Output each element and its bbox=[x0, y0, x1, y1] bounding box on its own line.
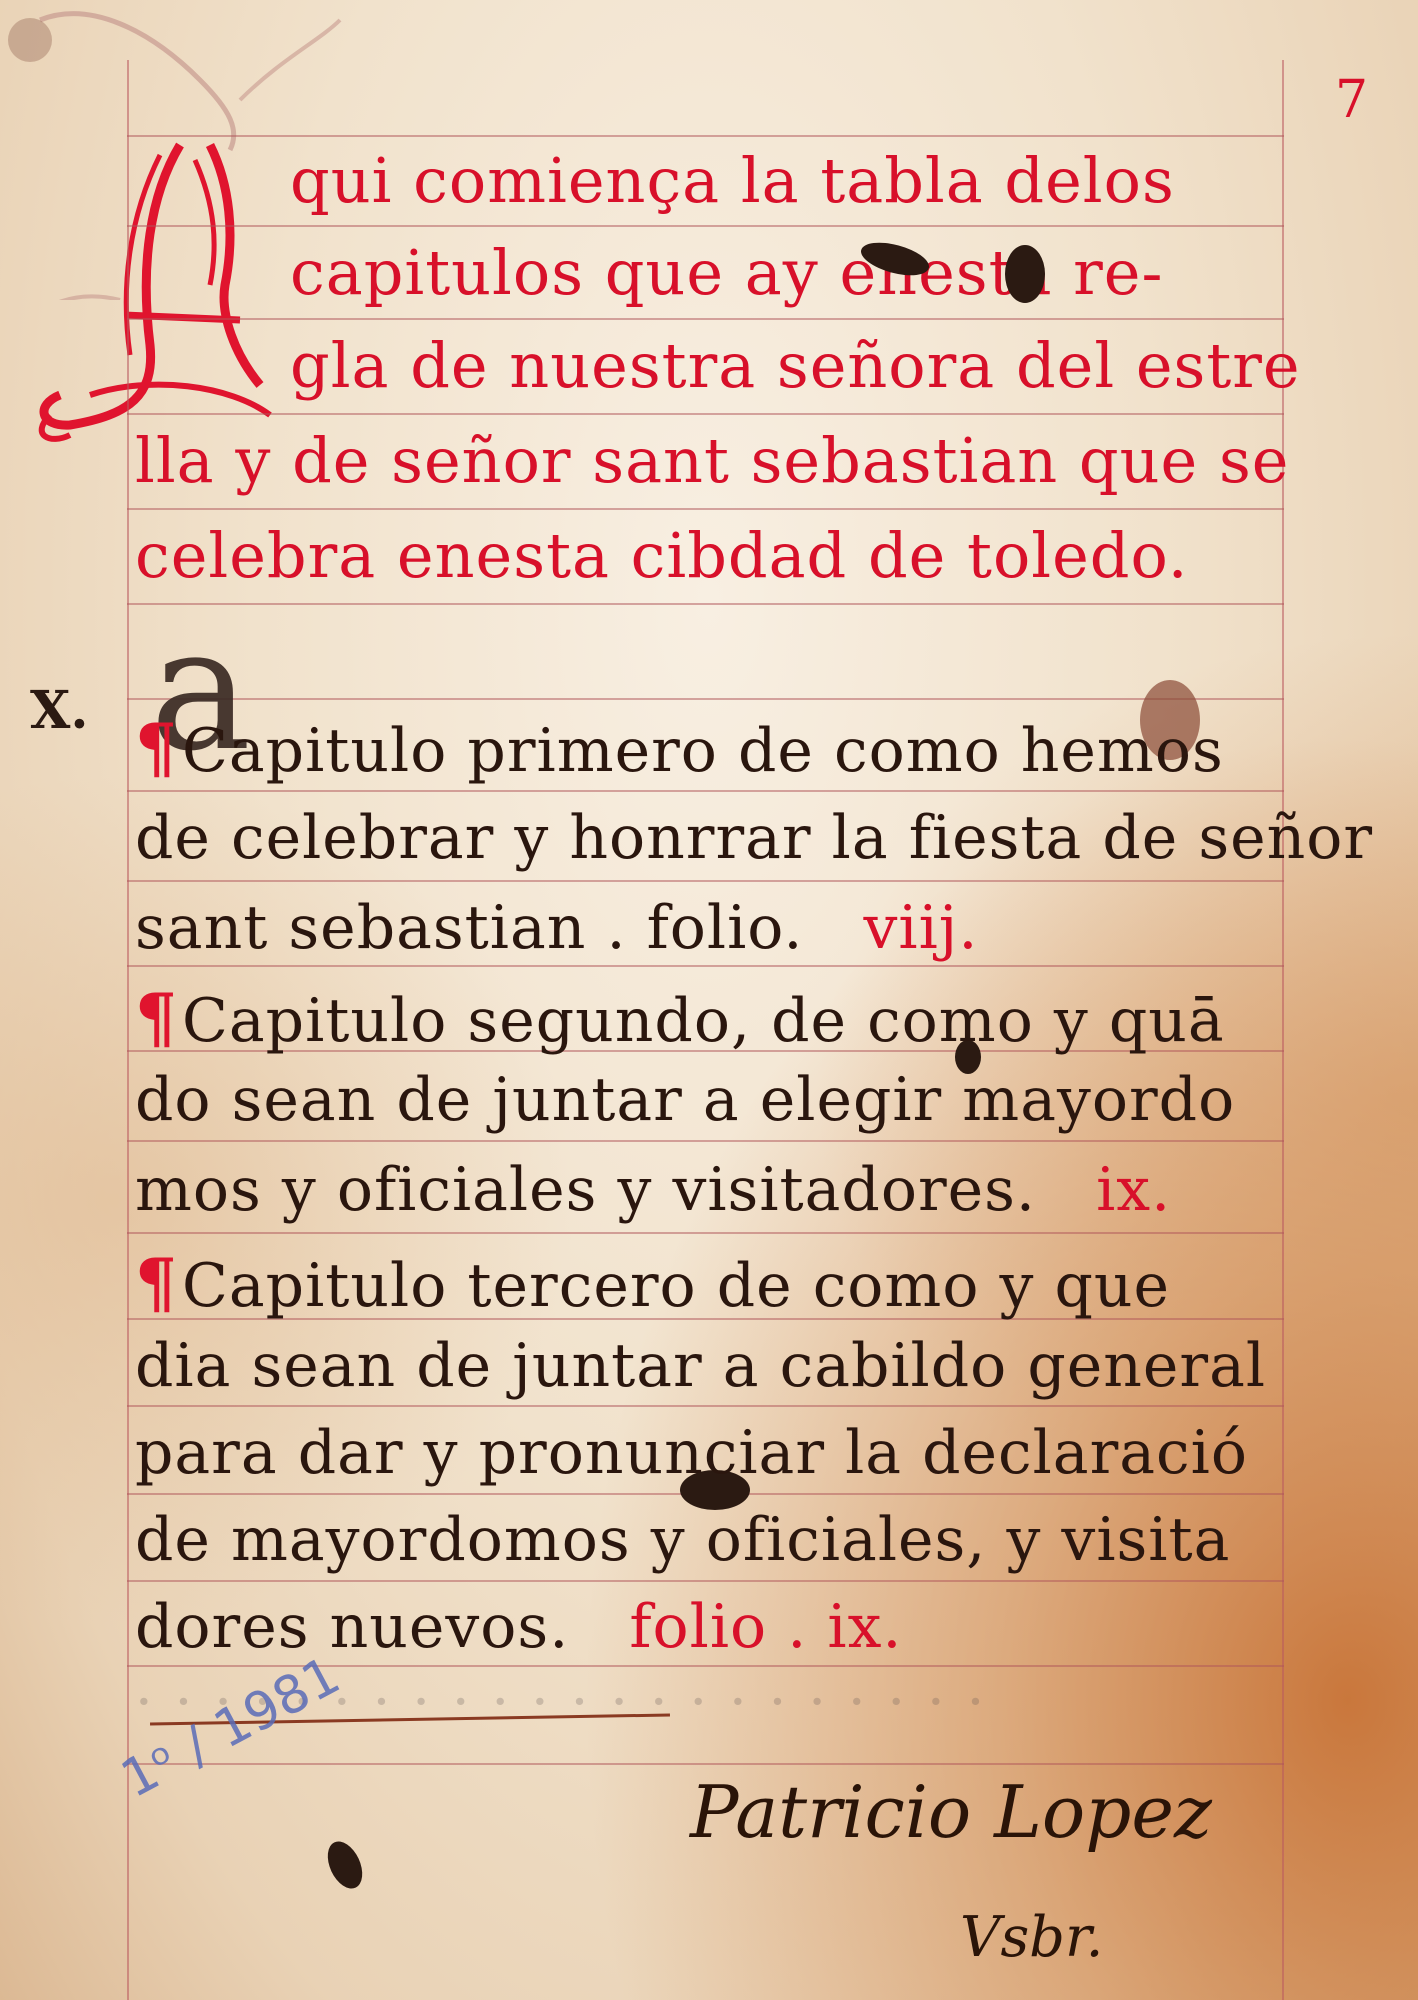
chapter-text: sant sebastian . folio. bbox=[135, 893, 803, 963]
ruling-line bbox=[127, 318, 1284, 320]
ruling-line bbox=[127, 1405, 1284, 1407]
chapter-text: Capitulo primero de como hemos bbox=[182, 716, 1224, 786]
ruling-line bbox=[127, 508, 1284, 510]
chapter-line: do sean de juntar a elegir mayordo bbox=[135, 1070, 1235, 1130]
ruling-line bbox=[127, 880, 1284, 882]
heading-line: lla y de señor sant sebastian que se bbox=[135, 430, 1289, 492]
chapter-line: ¶Capitulo tercero de como y que bbox=[135, 1250, 1170, 1316]
signature: Patricio Lopez bbox=[690, 1770, 1212, 1854]
ruling-line bbox=[127, 603, 1284, 605]
heading-line: qui comiença la tabla delos bbox=[290, 150, 1175, 212]
chapter-line: mos y oficiales y visitadores. ix. bbox=[135, 1160, 1171, 1220]
chapter-line: ¶Capitulo segundo, de como y quā bbox=[135, 985, 1225, 1051]
chapter-line: dores nuevos. folio . ix. bbox=[135, 1597, 903, 1657]
ink-blot bbox=[321, 1836, 369, 1894]
chapter-line: para dar y pronunciar la declaració bbox=[135, 1423, 1248, 1483]
ruling-line bbox=[127, 1232, 1284, 1234]
ruling-line bbox=[127, 135, 1284, 137]
pilcrow-icon: ¶ bbox=[135, 985, 178, 1051]
chapter-text: Capitulo segundo, de como y quā bbox=[182, 986, 1225, 1056]
signature-subscript: Vsbr. bbox=[960, 1905, 1103, 1970]
ruling-line bbox=[127, 1763, 1284, 1765]
chapter-line: sant sebastian . folio. viij. bbox=[135, 898, 978, 958]
ruling-line bbox=[127, 413, 1284, 415]
ruling-line bbox=[127, 790, 1284, 792]
chapter-text: Capitulo tercero de como y que bbox=[182, 1251, 1170, 1321]
ink-blot bbox=[1005, 245, 1045, 303]
folio-reference: viij. bbox=[864, 893, 979, 963]
margin-mark: X. bbox=[30, 680, 88, 741]
chapter-line: ¶Capitulo primero de como hemos bbox=[135, 715, 1224, 781]
ruling-line bbox=[127, 965, 1284, 967]
ruling-line bbox=[127, 1580, 1284, 1582]
chapter-text: mos y oficiales y visitadores. bbox=[135, 1155, 1036, 1225]
heading-line: celebra enesta cibdad de toledo. bbox=[135, 525, 1188, 587]
manuscript-page: 7 qui comiença la tabla delos capitulos … bbox=[0, 0, 1418, 2000]
ruling-line bbox=[127, 1140, 1284, 1142]
chapter-line: dia sean de juntar a cabildo general bbox=[135, 1336, 1266, 1396]
ruling-line bbox=[127, 225, 1284, 227]
pilcrow-icon: ¶ bbox=[135, 1250, 178, 1316]
folio-reference: folio . ix. bbox=[629, 1592, 902, 1662]
heading-line: gla de nuestra señora del estre bbox=[290, 335, 1301, 397]
pilcrow-icon: ¶ bbox=[135, 715, 178, 781]
chapter-line: de celebrar y honrrar la fiesta de señor bbox=[135, 808, 1373, 868]
ruling-line bbox=[127, 698, 1284, 700]
folio-reference: ix. bbox=[1096, 1155, 1171, 1225]
chapter-text: dores nuevos. bbox=[135, 1592, 569, 1662]
folio-number-mark: 7 bbox=[1335, 70, 1368, 130]
decorated-initial-a-icon bbox=[30, 115, 290, 445]
chapter-line: de mayordomos y oficiales, y visita bbox=[135, 1510, 1230, 1570]
left-margin-rule bbox=[127, 60, 129, 2000]
